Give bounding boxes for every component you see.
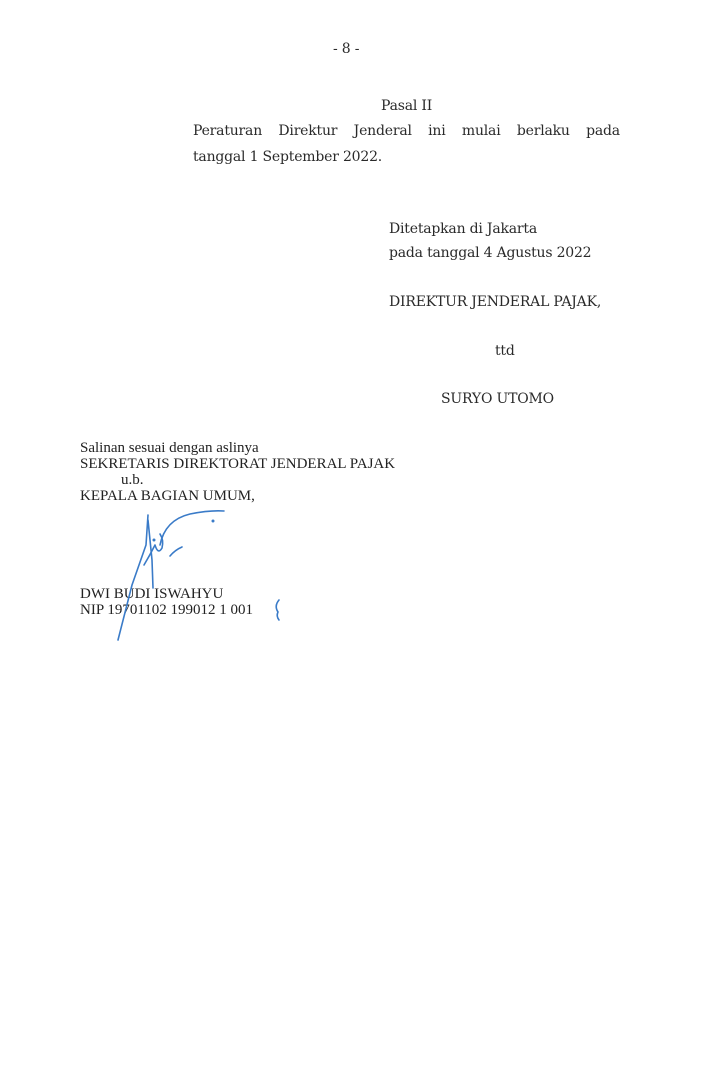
signatory-name: SURYO UTOMO bbox=[441, 391, 554, 407]
word: mulai bbox=[462, 123, 501, 139]
certified-copy-line-3: u.b. bbox=[121, 473, 144, 488]
enactment-place: Ditetapkan di Jakarta bbox=[389, 221, 537, 237]
article-text-line-1: Peraturan Direktur Jenderal ini mulai be… bbox=[193, 123, 620, 139]
word: pada bbox=[586, 123, 620, 139]
signatory-title: DIREKTUR JENDERAL PAJAK, bbox=[389, 294, 601, 310]
word: berlaku bbox=[517, 123, 570, 139]
article-text-line-2: tanggal 1 September 2022. bbox=[193, 149, 382, 165]
certified-copy-nip: NIP 19701102 199012 1 001 bbox=[80, 603, 253, 618]
word: Direktur bbox=[278, 123, 337, 139]
signed-mark: ttd bbox=[495, 343, 515, 359]
enactment-date: pada tanggal 4 Agustus 2022 bbox=[389, 245, 591, 261]
page-number: - 8 - bbox=[333, 41, 359, 57]
certified-copy-name: DWI BUDI ISWAHYU bbox=[80, 587, 223, 602]
word: Jenderal bbox=[354, 123, 412, 139]
word: Peraturan bbox=[193, 123, 262, 139]
article-heading: Pasal II bbox=[381, 98, 432, 114]
certified-copy-line-4: KEPALA BAGIAN UMUM, bbox=[80, 489, 255, 504]
certified-copy-line-1: Salinan sesuai dengan aslinya bbox=[80, 441, 259, 456]
certified-copy-line-2: SEKRETARIS DIREKTORAT JENDERAL PAJAK bbox=[80, 457, 395, 472]
word: ini bbox=[428, 123, 445, 139]
